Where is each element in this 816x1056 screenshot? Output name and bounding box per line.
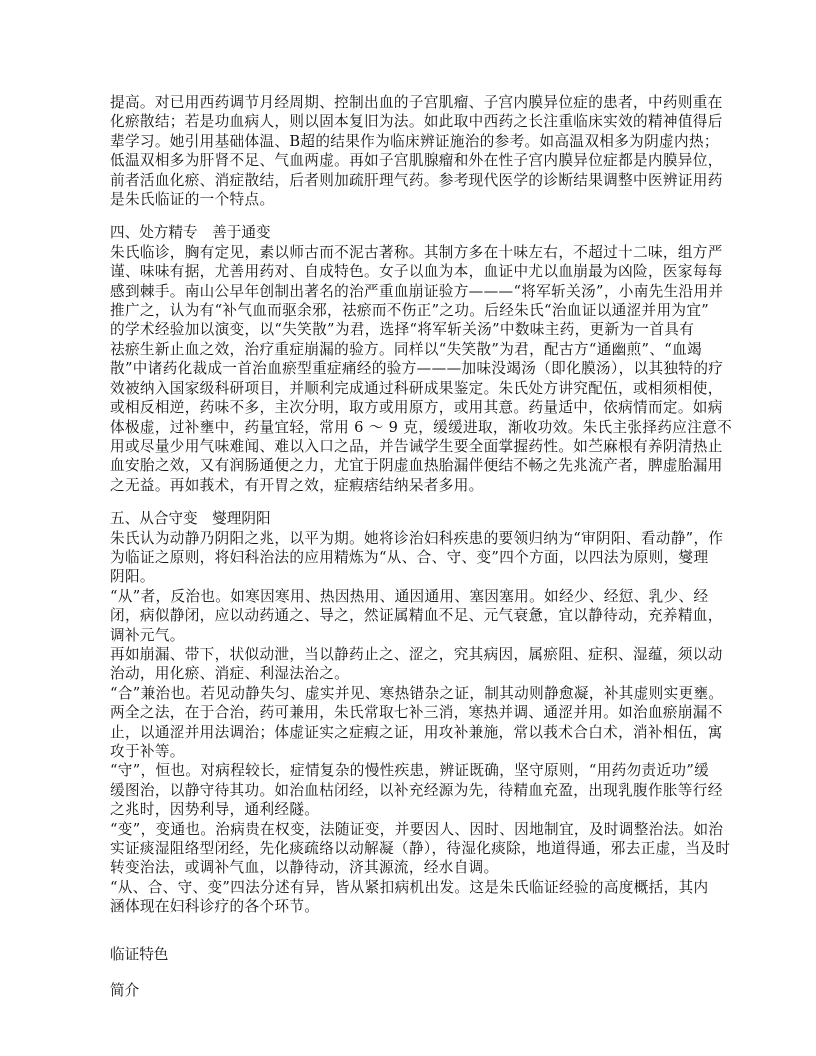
paragraph-line: 推广之，认为有“补气血而驱余邪，祛瘀而不伤正”之功。后经朱氏“治血证以通涩并用为…	[110, 301, 708, 320]
section-five: 五、从合守变 燮理阴阳 朱氏认为动静乃阴阳之兆，以平为期。她将诊治妇科疾患的要领…	[110, 509, 708, 917]
paragraph-line: 治动，用化瘀、消症、利湿法治之。	[110, 664, 708, 683]
paragraph-line: 提高。对已用西药调节月经周期、控制出血的子宫肌瘤、子宫内膜异位症的患者，中药则重…	[110, 93, 708, 112]
paragraph-gap	[110, 495, 708, 509]
paragraph-line: 化瘀散结；若是功血病人，则以固本复旧为法。如此取中西药之长注重临床实效的精神值得…	[110, 112, 708, 131]
paragraph-line: 前者活血化瘀、消症散结，后者则加疏肝理气药。参考现代医学的诊断结果调整中医辨证用…	[110, 171, 708, 190]
paragraph-line: 散”中诸药化裁成一首治血瘀型重症痛经的验方———加味没竭汤（即化膜汤），以其独特…	[110, 359, 708, 378]
section-heading: 四、处方精专 善于通变	[110, 223, 708, 242]
paragraph-line: 谨、味味有据，尤善用药对、自成特色。女子以血为本，血证中尤以血崩最为凶险，医家每…	[110, 262, 708, 281]
paragraph-line: 转变治法，或调补气血，以静待动，济其源流，经水自调。	[110, 858, 708, 877]
clinical-features-heading: 临证特色	[110, 945, 708, 964]
paragraph-line: 缓图治，以静守待其功。如治血枯闭经，以补充经源为先，待精血充盈，出现乳腹作胀等行…	[110, 781, 708, 800]
paragraph-line: 之无益。再如莪术，有开胃之效，症瘕痞结纳呆者多用。	[110, 476, 708, 495]
paragraph-line: 涵体现在妇科诊疗的各个环节。	[110, 897, 708, 916]
paragraph-line: 之兆时，因势利导，通利经隧。	[110, 800, 708, 819]
paragraph-line: 调补元气。	[110, 626, 708, 645]
paragraph-line: 血安胎之效，又有润肠通便之力，尤宜于阴虚血热胎漏伴便结不畅之先兆流产者，脾虚胎漏…	[110, 456, 708, 475]
paragraph-gap	[110, 931, 708, 945]
document-page: 提高。对已用西药调节月经周期、控制出血的子宫肌瘤、子宫内膜异位症的患者，中药则重…	[110, 93, 708, 1000]
paragraph-line: 祛瘀生新止血之效，治疗重症崩漏的验方。同样以“失笑散”为君，配古方“通幽煎”、“…	[110, 340, 708, 359]
paragraph-line: 辈学习。她引用基础体温、B超的结果作为临床辨证施治的参考。如高温双相多为阴虚内热…	[110, 132, 708, 151]
paragraph-line: 阴阳。	[110, 567, 708, 586]
paragraph-line: 两全之法，在于合治，药可兼用，朱氏常取七补三消，寒热并调、通涩并用。如治血瘀崩漏…	[110, 703, 708, 722]
paragraph-line: 止，以通涩并用法调治；体虚证实之症瘕之证，用攻补兼施，常以莪术合白术，消补相伍，…	[110, 723, 708, 742]
paragraph-line: “从、合、守、变”四法分述有异，皆从紧扣病机出发。这是朱氏临证经验的高度概括，其…	[110, 878, 708, 897]
paragraph-line: 用或尽量少用气味难闻、难以入口之品，并告诫学生要全面掌握药性。如苎麻根有养阴清热…	[110, 437, 708, 456]
section-three-tail: 提高。对已用西药调节月经周期、控制出血的子宫肌瘤、子宫内膜异位症的患者，中药则重…	[110, 93, 708, 209]
paragraph-gap	[110, 209, 708, 223]
paragraph-line: “变”，变通也。治病贵在权变，法随证变，并要因人、因时、因地制宜，及时调整治法。…	[110, 820, 708, 839]
paragraph-line: 朱氏认为动静乃阴阳之兆，以平为期。她将诊治妇科疾患的要领归纳为“审阴阳、看动静”…	[110, 529, 708, 548]
paragraph-line: 效被纳入国家级科研项目，并顺利完成通过科研成果鉴定。朱氏处方讲究配伍，或相须相使…	[110, 379, 708, 398]
paragraph-line: 实证痰湿阻络型闭经，先化痰疏络以动解凝（静），待湿化痰除，地道得通，邪去正虚，当…	[110, 839, 708, 858]
paragraph-line: 体极虚，过补壅中，药量宜轻，常用 6 ～ 9 克，缓缓进取，渐收功效。朱氏主张择…	[110, 418, 708, 437]
paragraph-line: 的学术经验加以演变，以“失笑散”为君，选择“将军斩关汤”中数味主药，更新为一首具…	[110, 320, 708, 339]
section-heading: 五、从合守变 燮理阴阳	[110, 509, 708, 528]
paragraph-line: 攻于补等。	[110, 742, 708, 761]
paragraph-line: 再如崩漏、带下，状似动泄，当以静药止之、涩之，究其病因，属瘀阻、症积、湿蕴，须以…	[110, 645, 708, 664]
paragraph-line: 为临证之原则，将妇科治法的应用精炼为“从、合、守、变”四个方面，以四法为原则，燮…	[110, 548, 708, 567]
paragraph-gap	[110, 964, 708, 978]
introduction-heading: 简介	[110, 981, 708, 1000]
paragraph-line: “守”，恒也。对病程较长，症情复杂的慢性疾患，辨证既确，坚守原则，“用药勿责近功…	[110, 761, 708, 780]
paragraph-line: 感到棘手。南山公早年创制出著名的治严重血崩证验方———“将军斩关汤”，小南先生沿…	[110, 282, 708, 301]
paragraph-line: “合”兼治也。若见动静失匀、虚实并见、寒热错杂之证，制其动则静愈凝，补其虚则实更…	[110, 684, 708, 703]
section-four: 四、处方精专 善于通变 朱氏临诊，胸有定见，素以师古而不泥古著称。其制方多在十味…	[110, 223, 708, 495]
paragraph-gap	[110, 917, 708, 931]
paragraph-line: 或相反相逆，药味不多，主次分明，取方或用原方，或用其意。药量适中，依病情而定。如…	[110, 398, 708, 417]
paragraph-line: 闭，病似静闭，应以动药通之、导之，然证属精血不足、元气衰惫，宜以静待动，充养精血…	[110, 606, 708, 625]
paragraph-line: “从”者，反治也。如寒因寒用、热因热用、通因通用、塞因塞用。如经少、经愆、乳少、…	[110, 587, 708, 606]
paragraph-line: 是朱氏临证的一个特点。	[110, 190, 708, 209]
paragraph-line: 低温双相多为肝肾不足、气血两虚。再如子宫肌腺瘤和外在性子宫内膜异位症都是内膜异位…	[110, 151, 708, 170]
paragraph-line: 朱氏临诊，胸有定见，素以师古而不泥古著称。其制方多在十味左右，不超过十二味，组方…	[110, 243, 708, 262]
